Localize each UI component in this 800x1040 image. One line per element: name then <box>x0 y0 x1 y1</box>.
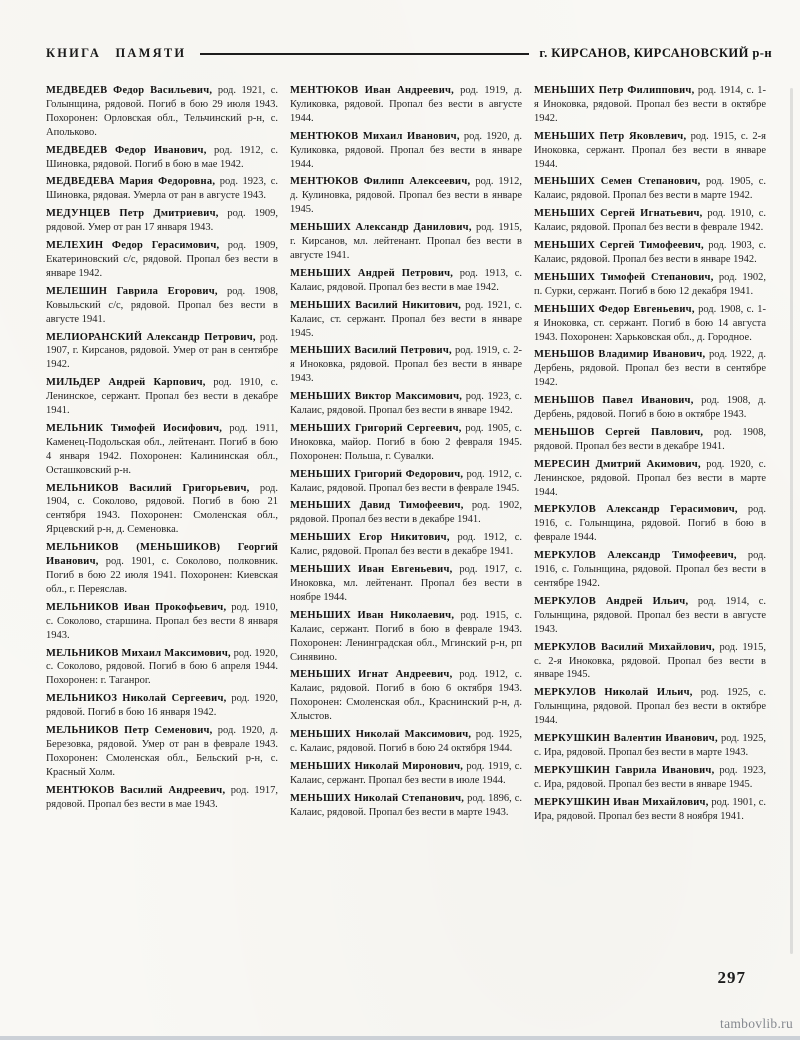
memorial-entry: МЕРКУЛОВ Александр Тимофеевич, род. 1916… <box>534 549 766 591</box>
entry-person-name: МЕНЬШИХ Егор Никитович, <box>290 532 450 543</box>
entry-person-name: МЕДУНЦЕВ Петр Дмитриевич, <box>46 208 219 219</box>
entry-person-name: МЕНЬШИХ Давид Тимофеевич, <box>290 500 464 511</box>
memorial-entry: МЕНЬШОВ Сергей Павлович, род. 1908, рядо… <box>534 426 766 454</box>
memorial-entry: МЕНЬШОВ Владимир Иванович, род. 1922, д.… <box>534 348 766 390</box>
entry-person-name: МЕЛЕШИН Гаврила Егорович, <box>46 286 218 297</box>
entry-person-name: МЕНЬШИХ Семен Степанович, <box>534 176 701 187</box>
entry-person-name: МЕНЬШИХ Николай Миронович, <box>290 761 463 772</box>
memorial-entry: МЕНЬШИХ Игнат Андреевич, род. 1912, с. К… <box>290 668 522 724</box>
entry-person-name: МИЛЬДЕР Андрей Карпович, <box>46 377 206 388</box>
entry-person-name: МЕРКУШКИН Гаврила Иванович, <box>534 765 714 776</box>
memorial-entry: МЕНЬШИХ Александр Данилович, род. 1915, … <box>290 221 522 263</box>
memorial-entry: МЕНЬШИХ Сергей Тимофеевич, род. 1903, с.… <box>534 239 766 267</box>
memorial-entry: МЕНЬШИХ Григорий Федорович, род. 1912, с… <box>290 468 522 496</box>
entry-person-name: МЕНЬШИХ Григорий Федорович, <box>290 469 463 480</box>
entry-person-name: МЕНЬШИХ Тимофей Степанович, <box>534 272 714 283</box>
memorial-entry: МЕНЬШИХ Виктор Максимович, род. 1923, с.… <box>290 390 522 418</box>
entries-column-3: МЕНЬШИХ Петр Филиппович, род. 1914, с. 1… <box>534 84 766 828</box>
entry-person-name: МЕНЬШИХ Григорий Сергеевич, <box>290 423 462 434</box>
memorial-entry: МЕНЬШИХ Василий Петрович, род. 1919, с. … <box>290 344 522 386</box>
entry-person-name: МЕРКУЛОВ Андрей Ильич, <box>534 596 688 607</box>
memorial-entry: МЕНЬШИХ Иван Евгеньевич, род. 1917, с. И… <box>290 563 522 605</box>
memorial-entry: МЕЛЬНИКОВ Иван Прокофьевич, род. 1910, с… <box>46 601 278 643</box>
memorial-entry: МЕНЬШИХ Давид Тимофеевич, род. 1902, ряд… <box>290 499 522 527</box>
entry-person-name: МЕНЬШИХ Петр Яковлевич, <box>534 131 686 142</box>
memorial-entry: МЕРКУШКИН Валентин Иванович, род. 1925, … <box>534 732 766 760</box>
entries-columns: МЕДВЕДЕВ Федор Васильевич, род. 1921, с.… <box>46 84 766 828</box>
memorial-entry: МЕНЬШИХ Федор Евгеньевич, род. 1908, с. … <box>534 303 766 345</box>
memorial-entry: МЕРКУЛОВ Василий Михайлович, род. 1915, … <box>534 641 766 683</box>
memorial-entry: МЕНЬШИХ Григорий Сергеевич, род. 1905, с… <box>290 422 522 464</box>
memorial-entry: МЕДУНЦЕВ Петр Дмитриевич, род. 1909, ряд… <box>46 207 278 235</box>
district-title: г. КИРСАНОВ, КИРСАНОВСКИЙ р-н <box>539 46 772 61</box>
memorial-entry: МИЛЬДЕР Андрей Карпович, род. 1910, с. Л… <box>46 376 278 418</box>
entry-person-name: МЕНЬШИХ Петр Филиппович, <box>534 85 694 96</box>
entry-person-name: МЕДВЕДЕВА Мария Федоровна, <box>46 176 215 187</box>
memorial-entry: МЕЛЬНИКОВ Петр Семенович, род. 1920, д. … <box>46 724 278 780</box>
memorial-entry: МЕЛЕШИН Гаврила Егорович, род. 1908, Ков… <box>46 285 278 327</box>
entry-person-name: МЕНЬШИХ Николай Максимович, <box>290 729 471 740</box>
entries-column-2: МЕНТЮКОВ Иван Андреевич, род. 1919, д. К… <box>290 84 522 828</box>
memorial-entry: МЕНТЮКОВ Иван Андреевич, род. 1919, д. К… <box>290 84 522 126</box>
memorial-entry: МЕРКУШКИН Гаврила Иванович, род. 1923, с… <box>534 764 766 792</box>
memorial-entry: МЕРКУЛОВ Андрей Ильич, род. 1914, с. Гол… <box>534 595 766 637</box>
entry-person-name: МЕНЬШИХ Иван Евгеньевич, <box>290 564 453 575</box>
entry-person-name: МЕРКУЛОВ Александр Тимофеевич, <box>534 550 737 561</box>
memorial-entry: МЕЛЬНИКОЗ Николай Сергеевич, род. 1920, … <box>46 692 278 720</box>
memorial-entry: МЕНЬШИХ Николай Степанович, род. 1896, с… <box>290 792 522 820</box>
entry-person-name: МЕНЬШИХ Федор Евгеньевич, <box>534 304 695 315</box>
memorial-entry: МЕЛЬНИКОВ (МЕНЬШИКОВ) Георгий Иванович, … <box>46 541 278 597</box>
memorial-entry: МЕНЬШИХ Сергей Игнатьевич, род. 1910, с.… <box>534 207 766 235</box>
memorial-entry: МЕНЬШОВ Павел Иванович, род. 1908, д. Де… <box>534 394 766 422</box>
memorial-entry: МЕНЬШИХ Тимофей Степанович, род. 1902, п… <box>534 271 766 299</box>
book-page: КНИГА ПАМЯТИ г. КИРСАНОВ, КИРСАНОВСКИЙ р… <box>0 0 800 1040</box>
memorial-entry: МЕНТЮКОВ Филипп Алексеевич, род. 1912, д… <box>290 175 522 217</box>
entry-person-name: МЕЛЬНИКОВ Михаил Максимович, <box>46 648 231 659</box>
entries-column-1: МЕДВЕДЕВ Федор Васильевич, род. 1921, с.… <box>46 84 278 828</box>
entry-person-name: МЕНЬШОВ Сергей Павлович, <box>534 427 703 438</box>
memorial-entry: МЕДВЕДЕВ Федор Иванович, род. 1912, с. Ш… <box>46 144 278 172</box>
memorial-entry: МЕРКУШКИН Иван Михайлович, род. 1901, с.… <box>534 796 766 824</box>
entry-person-name: МЕЛЬНИКОВ Иван Прокофьевич, <box>46 602 226 613</box>
memorial-entry: МЕДВЕДЕВА Мария Федоровна, род. 1923, с.… <box>46 175 278 203</box>
memorial-entry: МЕНТЮКОВ Василий Андреевич, род. 1917, р… <box>46 784 278 812</box>
memorial-entry: МЕДВЕДЕВ Федор Васильевич, род. 1921, с.… <box>46 84 278 140</box>
entry-person-name: МЕЛЬНИКОЗ Николай Сергеевич, <box>46 693 227 704</box>
entry-person-name: МЕДВЕДЕВ Федор Васильевич, <box>46 85 212 96</box>
scan-edge-shadow <box>790 88 793 954</box>
entry-person-name: МЕНЬШОВ Павел Иванович, <box>534 395 694 406</box>
entry-person-name: МЕНЬШИХ Игнат Андреевич, <box>290 669 452 680</box>
entry-person-name: МЕНЬШИХ Виктор Максимович, <box>290 391 462 402</box>
memorial-entry: МЕЛЬНИКОВ Василий Григорьевич, род. 1904… <box>46 482 278 538</box>
entry-person-name: МЕНТЮКОВ Иван Андреевич, <box>290 85 454 96</box>
memorial-entry: МЕЛЬНИК Тимофей Иосифович, род. 1911, Ка… <box>46 422 278 478</box>
entry-person-name: МЕНТЮКОВ Михаил Иванович, <box>290 131 460 142</box>
book-title: КНИГА ПАМЯТИ <box>46 46 186 61</box>
entry-person-name: МЕДВЕДЕВ Федор Иванович, <box>46 145 207 156</box>
entry-person-name: МЕЛЬНИКОВ Василий Григорьевич, <box>46 483 250 494</box>
library-watermark: tambovlib.ru <box>720 1016 793 1032</box>
entry-person-name: МЕНЬШИХ Андрей Петрович, <box>290 268 453 279</box>
entry-person-name: МЕРЕСИН Дмитрий Акимович, <box>534 459 701 470</box>
entry-person-name: МЕРКУЛОВ Василий Михайлович, <box>534 642 715 653</box>
memorial-entry: МЕЛИОРАНСКИЙ Александр Петрович, род. 19… <box>46 331 278 373</box>
entry-person-name: МЕНТЮКОВ Василий Андреевич, <box>46 785 225 796</box>
header-rule <box>200 53 529 55</box>
entry-person-name: МЕЛИОРАНСКИЙ Александр Петрович, <box>46 332 256 343</box>
entry-person-name: МЕНЬШИХ Василий Петрович, <box>290 345 452 356</box>
memorial-entry: МЕНЬШИХ Петр Яковлевич, род. 1915, с. 2-… <box>534 130 766 172</box>
entry-person-name: МЕРКУШКИН Иван Михайлович, <box>534 797 709 808</box>
memorial-entry: МЕНЬШИХ Семен Степанович, род. 1905, с. … <box>534 175 766 203</box>
memorial-entry: МЕНЬШИХ Егор Никитович, род. 1912, с. Ка… <box>290 531 522 559</box>
entry-person-name: МЕНЬШИХ Иван Николаевич, <box>290 610 454 621</box>
page-header: КНИГА ПАМЯТИ г. КИРСАНОВ, КИРСАНОВСКИЙ р… <box>46 46 772 61</box>
entry-person-name: МЕЛЕХИН Федор Герасимович, <box>46 240 219 251</box>
memorial-entry: МЕНЬШИХ Иван Николаевич, род. 1915, с. К… <box>290 609 522 665</box>
entry-person-name: МЕРКУЛОВ Николай Ильич, <box>534 687 693 698</box>
entry-person-name: МЕЛЬНИКОВ Петр Семенович, <box>46 725 213 736</box>
entry-person-name: МЕНЬШИХ Василий Никитович, <box>290 300 461 311</box>
memorial-entry: МЕНЬШИХ Андрей Петрович, род. 1913, с. К… <box>290 267 522 295</box>
memorial-entry: МЕНЬШИХ Василий Никитович, род. 1921, с.… <box>290 299 522 341</box>
entry-person-name: МЕРКУШКИН Валентин Иванович, <box>534 733 718 744</box>
memorial-entry: МЕНЬШИХ Петр Филиппович, род. 1914, с. 1… <box>534 84 766 126</box>
entry-person-name: МЕНЬШОВ Владимир Иванович, <box>534 349 705 360</box>
memorial-entry: МЕРКУЛОВ Николай Ильич, род. 1925, с. Го… <box>534 686 766 728</box>
entry-person-name: МЕНЬШИХ Николай Степанович, <box>290 793 464 804</box>
memorial-entry: МЕРКУЛОВ Александр Герасимович, род. 191… <box>534 503 766 545</box>
scan-bottom-strip <box>0 1036 800 1040</box>
entry-person-name: МЕЛЬНИК Тимофей Иосифович, <box>46 423 222 434</box>
entry-person-name: МЕРКУЛОВ Александр Герасимович, <box>534 504 738 515</box>
memorial-entry: МЕЛЬНИКОВ Михаил Максимович, род. 1920, … <box>46 647 278 689</box>
page-number: 297 <box>718 968 747 988</box>
entry-person-name: МЕНЬШИХ Александр Данилович, <box>290 222 472 233</box>
entry-person-name: МЕНТЮКОВ Филипп Алексеевич, <box>290 176 470 187</box>
entry-person-name: МЕНЬШИХ Сергей Игнатьевич, <box>534 208 703 219</box>
memorial-entry: МЕЛЕХИН Федор Герасимович, род. 1909, Ек… <box>46 239 278 281</box>
memorial-entry: МЕНТЮКОВ Михаил Иванович, род. 1920, д. … <box>290 130 522 172</box>
memorial-entry: МЕРЕСИН Дмитрий Акимович, род. 1920, с. … <box>534 458 766 500</box>
memorial-entry: МЕНЬШИХ Николай Миронович, род. 1919, с.… <box>290 760 522 788</box>
entry-person-name: МЕНЬШИХ Сергей Тимофеевич, <box>534 240 704 251</box>
memorial-entry: МЕНЬШИХ Николай Максимович, род. 1925, с… <box>290 728 522 756</box>
